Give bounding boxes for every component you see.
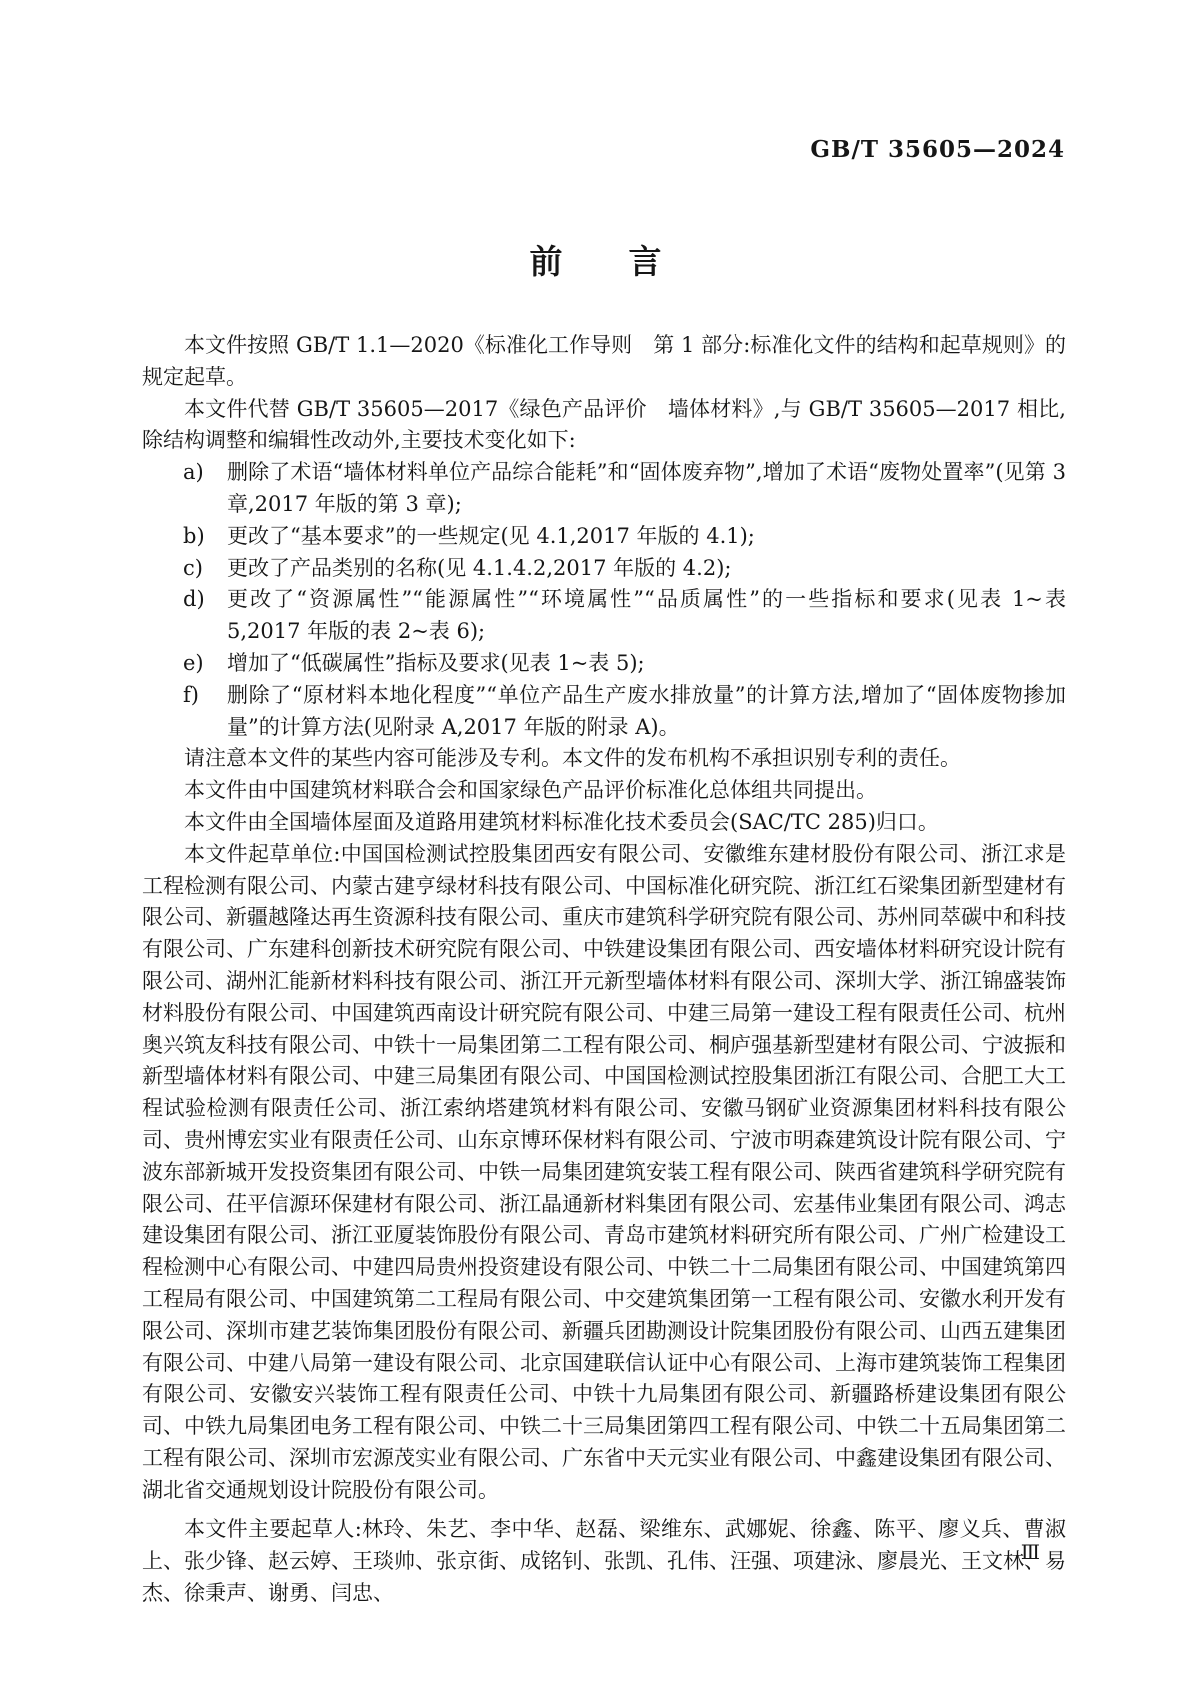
intro-paragraph-1: 本文件按照 GB/T 1.1—2020《标准化工作导则 第 1 部分:标准化文件… [142,330,1066,394]
document-page: GB/T 35605—2024 前 言 本文件按照 GB/T 1.1—2020《… [0,0,1191,1685]
page-title: 前 言 [0,236,1191,283]
change-item-e-text: 增加了“低碳属性”指标及要求(见表 1~表 5); [227,651,645,675]
change-item-b-text: 更改了“基本要求”的一些规定(见 4.1,2017 年版的 4.1); [227,524,755,548]
change-item-f-text: 删除了“原材料本地化程度”“单位产品生产废水排放量”的计算方法,增加了“固体废物… [227,683,1066,739]
change-item-b-label: b) [183,521,205,553]
change-item-d: d) 更改了“资源属性”“能源属性”“环境属性”“品质属性”的一些指标和要求(见… [142,584,1066,648]
drafters-paragraph: 本文件主要起草人:林玲、朱艺、李中华、赵磊、梁维东、武娜妮、徐鑫、陈平、廖义兵、… [142,1514,1066,1609]
change-item-a: a) 删除了术语“墙体材料单位产品综合能耗”和“固体废弃物”,增加了术语“废物处… [142,457,1066,521]
change-item-a-label: a) [183,457,204,489]
drafting-units-paragraph: 本文件起草单位:中国国检测试控股集团西安有限公司、安徽维东建材股份有限公司、浙江… [142,839,1066,1507]
change-item-a-text: 删除了术语“墙体材料单位产品综合能耗”和“固体废弃物”,增加了术语“废物处置率”… [227,460,1066,516]
proposed-by-note: 本文件由中国建筑材料联合会和国家绿色产品评价标准化总体组共同提出。 [142,775,1066,807]
change-item-e: e) 增加了“低碳属性”指标及要求(见表 1~表 5); [142,648,1066,680]
change-item-d-text: 更改了“资源属性”“能源属性”“环境属性”“品质属性”的一些指标和要求(见表 1… [227,587,1066,643]
change-item-c-text: 更改了产品类别的名称(见 4.1.4.2,2017 年版的 4.2); [227,556,731,580]
change-item-f-label: f) [183,680,199,712]
page-number: Ⅲ [1021,1540,1040,1564]
change-item-c-label: c) [183,553,203,585]
change-item-d-label: d) [183,584,205,616]
document-body: 本文件按照 GB/T 1.1—2020《标准化工作导则 第 1 部分:标准化文件… [142,330,1066,1610]
change-item-c: c) 更改了产品类别的名称(见 4.1.4.2,2017 年版的 4.2); [142,553,1066,585]
change-item-b: b) 更改了“基本要求”的一些规定(见 4.1,2017 年版的 4.1); [142,521,1066,553]
patent-notice: 请注意本文件的某些内容可能涉及专利。本文件的发布机构不承担识别专利的责任。 [142,743,1066,775]
intro-paragraph-2: 本文件代替 GB/T 35605—2017《绿色产品评价 墙体材料》,与 GB/… [142,394,1066,458]
standard-number: GB/T 35605—2024 [810,136,1065,163]
document-header: GB/T 35605—2024 [0,136,1065,163]
change-item-f: f) 删除了“原材料本地化程度”“单位产品生产废水排放量”的计算方法,增加了“固… [142,680,1066,744]
technical-changes-list: a) 删除了术语“墙体材料单位产品综合能耗”和“固体废弃物”,增加了术语“废物处… [142,457,1066,743]
change-item-e-label: e) [183,648,204,680]
centralized-by-note: 本文件由全国墙体屋面及道路用建筑材料标准化技术委员会(SAC/TC 285)归口… [142,807,1066,839]
